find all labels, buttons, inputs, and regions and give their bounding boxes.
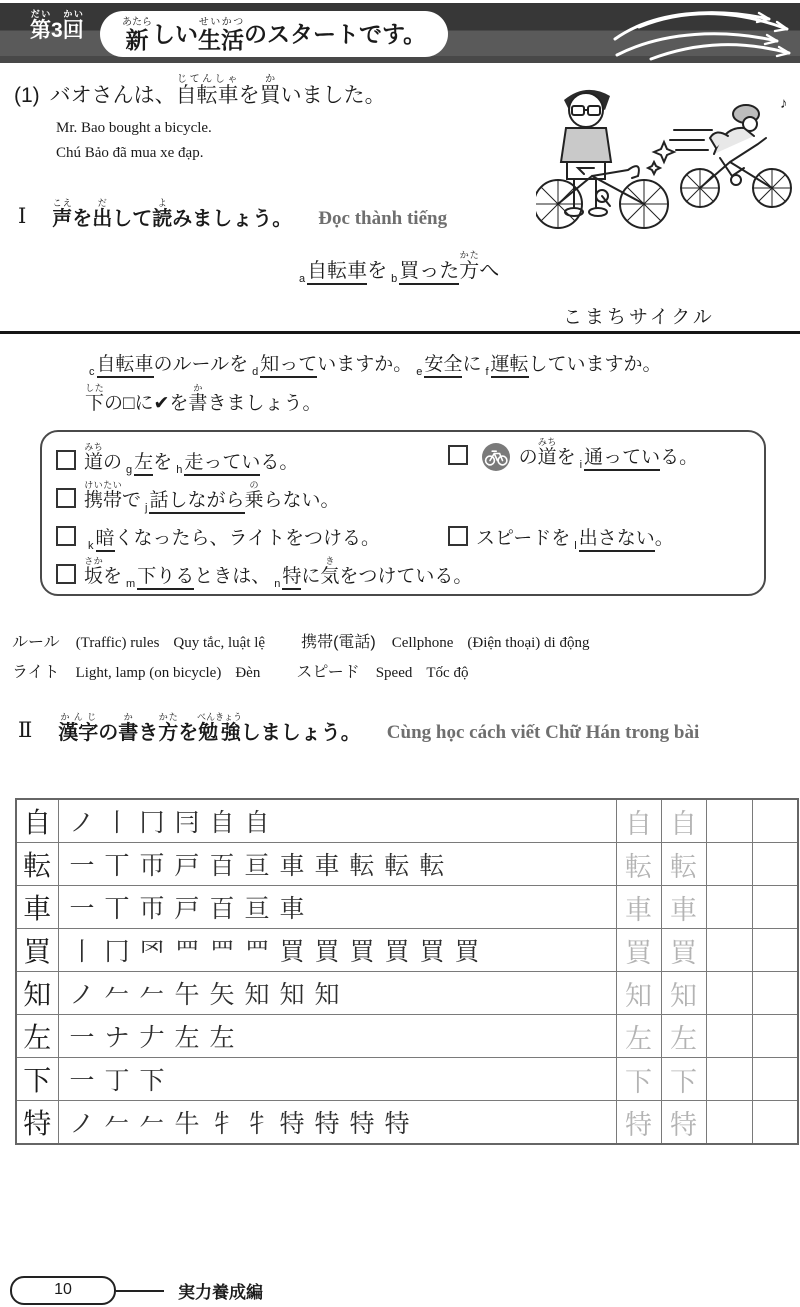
vocab-vietnamese: (Điện thoại) di động (467, 635, 589, 651)
stroke-step: 特 (345, 1104, 380, 1140)
text-segment: る。 (260, 452, 298, 473)
text-segment: 運転 (491, 354, 529, 378)
text-segment: 自転車 (307, 260, 367, 285)
text-segment: き (138, 722, 158, 744)
stroke-step: 午 (170, 975, 205, 1011)
stroke-step: 𠂇 (135, 1018, 170, 1054)
text-segment: 勉強べんきょう (198, 722, 241, 744)
checklist-item: k暗くなったら、ライトをつける。 (56, 526, 448, 552)
trace-cell: 転 (661, 843, 706, 886)
page-footer: 10 実力養成編 (10, 1276, 263, 1305)
passage-line-2: 下したの□に✔を書かきましょう。 (85, 383, 321, 413)
practice-cell (706, 886, 752, 929)
text-segment: 気き (320, 566, 339, 587)
text-segment: 漢字かんじ (58, 722, 98, 744)
text-segment: を (557, 447, 576, 468)
stroke-step: 自 (205, 803, 240, 839)
stroke-step: 買 (275, 932, 310, 968)
stroke-step: 丅 (100, 889, 135, 925)
vocab-term: スピード (296, 664, 359, 681)
stroke-step: 丨 (65, 932, 100, 968)
text-segment: 買か (260, 84, 281, 107)
segment-label: b (391, 273, 397, 285)
text-segment: 方かた (158, 722, 178, 744)
text-segment: へ (479, 260, 499, 282)
stroke-step: 亘 (240, 846, 275, 882)
practice-cell (752, 1015, 798, 1058)
text-segment: 買った (399, 260, 459, 285)
text-segment: 3 (51, 19, 63, 42)
section-heading-vietnamese: Cùng học cách viết Chữ Hán trong bài (387, 723, 699, 743)
text-segment: 。 (655, 528, 674, 549)
kanji-stroke-table: 自ノ丨冂冃自自自自転一丅帀戸百亘車車転転転転転車一丅帀戸百亘車車車買丨冂罓罒罒罒… (15, 798, 799, 1145)
vocab-row: ルール(Traffic) rulesQuy tắc, luật lệ携帯(電話)… (12, 628, 625, 658)
checklist-item: 道みちのg左をh走っている。 (56, 442, 448, 476)
stroke-step: 特 (310, 1104, 345, 1140)
section-1-heading: Ⅰ 声こえを出だして読よみましょう。 Đọc thành tiếng (18, 198, 447, 229)
checkbox (448, 445, 468, 465)
stroke-step: 知 (240, 975, 275, 1011)
segment-label: m (126, 578, 135, 590)
section-numeral: Ⅰ (18, 206, 26, 229)
text-segment: 新あたら (122, 17, 152, 52)
segment-label: e (416, 366, 422, 378)
text-segment: 第だい (30, 19, 51, 42)
trace-cell: 下 (661, 1058, 706, 1101)
text-segment: 回かい (63, 19, 84, 42)
vocabulary-list: ルール(Traffic) rulesQuy tắc, luật lệ携帯(電話)… (12, 628, 625, 688)
text-segment: バオさんは、 (50, 84, 176, 107)
text-segment: 下りる (137, 566, 194, 590)
text-segment: 暗 (96, 528, 115, 552)
text-segment: 読よ (152, 208, 172, 230)
text-segment: くなったら、ライトをつける。 (115, 528, 380, 549)
text-segment: を (72, 208, 92, 230)
vocab-english: Cellphone (392, 635, 454, 651)
kanji-row: 転一丅帀戸百亘車車転転転転転 (16, 843, 798, 886)
lesson-header-bar: 第だい3回かい 新あたらしい生活せいかつのスタートです。 (0, 3, 800, 63)
checklist-item: 坂さかをm下りるときは、n特に気きをつけている。 (56, 556, 472, 590)
stroke-step: 百 (205, 889, 240, 925)
translation-english: Mr. Bao bought a bicycle. (56, 120, 212, 137)
vocab-vietnamese: Quy tắc, luật lệ (173, 635, 265, 651)
text-segment: きましょう。 (207, 393, 321, 414)
stroke-step: 自 (240, 803, 275, 839)
stroke-step: 一 (65, 1061, 100, 1097)
text-segment: 話しながら (149, 490, 244, 514)
exercise-1-japanese: バオさんは、自転車じてんしゃを買かいました。 (50, 84, 386, 107)
text-segment: を (153, 452, 172, 473)
text-segment: を (178, 722, 198, 744)
stroke-step: 罒 (170, 932, 205, 968)
trace-cell: 車 (661, 886, 706, 929)
reading-practice-line: a自転車をb買った方かたへ (295, 250, 499, 285)
text-segment: を (103, 566, 122, 587)
stroke-step: 牛 (170, 1104, 205, 1140)
kanji-cell: 車 (16, 886, 58, 929)
footer-line (116, 1290, 164, 1292)
text-segment: スピードを (476, 528, 570, 549)
text-segment: 道みち (538, 447, 557, 468)
kanji-cell: 自 (16, 799, 58, 843)
segment-label: d (252, 366, 258, 378)
kanji-row: 自ノ丨冂冃自自自自 (16, 799, 798, 843)
stroke-step: ノ (65, 975, 100, 1011)
kanji-cell: 転 (16, 843, 58, 886)
stroke-step: 𠂉 (100, 1104, 135, 1140)
text-segment: いました。 (281, 84, 386, 107)
stroke-step: ノ (65, 1104, 100, 1140)
text-segment: のルールを (154, 354, 249, 375)
stroke-step: 帀 (135, 846, 170, 882)
stroke-step: 罒 (205, 932, 240, 968)
trace-cell: 自 (661, 799, 706, 843)
practice-cell (706, 1058, 752, 1101)
checkbox (56, 526, 76, 546)
practice-cell (706, 1015, 752, 1058)
text-segment: の□に✔を (104, 393, 188, 414)
stroke-step: 牜 (205, 1104, 240, 1140)
textbook-page: 第だい3回かい 新あたらしい生活せいかつのスタートです。 (1)バオさんは、自転… (0, 0, 800, 1307)
practice-cell (752, 799, 798, 843)
text-segment: しい (152, 23, 198, 46)
stroke-step: 一 (65, 1018, 100, 1054)
stroke-order-cell: 一丁下 (58, 1058, 616, 1101)
stroke-step: 罒 (240, 932, 275, 968)
vocab-term: 携帯(電話) (301, 634, 376, 651)
stroke-step: 戸 (170, 846, 205, 882)
vocab-term: ルール (12, 634, 60, 651)
checkbox (56, 488, 76, 508)
kanji-table-body: 自ノ丨冂冃自自自自転一丅帀戸百亘車車転転転転転車一丅帀戸百亘車車車買丨冂罓罒罒罒… (16, 799, 798, 1144)
stroke-step: 丁 (100, 1061, 135, 1097)
stroke-step: 車 (275, 846, 310, 882)
text-segment: 下した (85, 393, 104, 414)
practice-cell (706, 843, 752, 886)
stroke-step: 牜 (240, 1104, 275, 1140)
stroke-step: 𠂉 (100, 975, 135, 1011)
text-segment: 自転車 (97, 354, 154, 378)
segment-label: j (145, 502, 147, 514)
svg-text:♪: ♪ (780, 95, 788, 112)
stroke-step: 転 (345, 846, 380, 882)
text-segment: を (367, 260, 387, 282)
text-segment: 出さない (579, 528, 655, 552)
text-segment: ときは、 (194, 566, 270, 587)
stroke-step: 一 (65, 889, 100, 925)
section-heading-japanese: 声こえを出だして読よみましょう。 (52, 198, 292, 229)
kanji-cell: 買 (16, 929, 58, 972)
segment-label: a (299, 273, 305, 285)
trace-cell: 車 (616, 886, 661, 929)
checklist: 道みちのg左をh走っている。 の道みちをi通っている。携帯けいたいでj話しながら… (40, 430, 766, 596)
passage-line-1: c自転車のルールをd知っていますか。e安全にf運転していますか。 (85, 355, 662, 378)
checkbox (56, 450, 76, 470)
divider-rule (0, 331, 800, 334)
stroke-step: 転 (380, 846, 415, 882)
checklist-line: k暗くなったら、ライトをつける。スピードをl出さない。 (56, 514, 764, 552)
stroke-step: 戸 (170, 889, 205, 925)
trace-cell: 特 (661, 1101, 706, 1145)
practice-cell (706, 799, 752, 843)
stroke-step: 特 (275, 1104, 310, 1140)
lesson-title: 新あたらしい生活せいかつのスタートです。 (100, 11, 448, 57)
stroke-step: 一 (65, 846, 100, 882)
text-segment: を (239, 84, 260, 107)
segment-label: k (88, 540, 94, 552)
exercise-1-sentence: (1)バオさんは、自転車じてんしゃを買かいました。 (14, 74, 386, 106)
practice-cell (706, 972, 752, 1015)
footer-label: 実力養成編 (178, 1278, 263, 1303)
translation-vietnamese: Chú Bảo đã mua xe đạp. (56, 145, 203, 162)
stroke-step: 転 (415, 846, 450, 882)
stroke-step: ナ (100, 1018, 135, 1054)
practice-cell (752, 843, 798, 886)
stroke-order-cell: ノ𠂉𠂉午矢知知知 (58, 972, 616, 1015)
text-segment: 携帯けいたい (84, 490, 122, 511)
text-segment: していますか。 (529, 354, 662, 375)
kanji-cell: 特 (16, 1101, 58, 1145)
text-segment: の (103, 452, 122, 473)
text-segment: 安全 (424, 354, 462, 378)
stroke-step: 帀 (135, 889, 170, 925)
checklist-line: 坂さかをm下りるときは、n特に気きをつけている。 (56, 552, 764, 590)
text-segment: に (462, 354, 481, 375)
text-segment: 坂さか (84, 566, 103, 587)
stroke-step: 冂 (135, 803, 170, 839)
stroke-order-cell: 一丅帀戸百亘車車転転転 (58, 843, 616, 886)
kanji-cell: 下 (16, 1058, 58, 1101)
stroke-step: 丅 (100, 846, 135, 882)
segment-label: n (274, 578, 280, 590)
segment-label: f (485, 366, 488, 378)
kanji-row: 車一丅帀戸百亘車車車 (16, 886, 798, 929)
stroke-step: 買 (345, 932, 380, 968)
trace-cell: 下 (616, 1058, 661, 1101)
stroke-step: 冃 (170, 803, 205, 839)
vocab-vietnamese: Tốc độ (426, 665, 468, 681)
practice-cell (752, 929, 798, 972)
stroke-step: 丨 (100, 803, 135, 839)
text-segment: みましょう。 (172, 208, 292, 230)
text-segment: して (112, 208, 152, 230)
stroke-step: 罓 (135, 932, 170, 968)
text-segment: 自転車じてんしゃ (176, 84, 239, 107)
stroke-step: 亘 (240, 889, 275, 925)
text-segment: で (122, 490, 141, 511)
stroke-step: 特 (380, 1104, 415, 1140)
text-segment: 通ってい (584, 447, 660, 471)
text-segment: 知って (260, 354, 317, 378)
text-segment: 声こえ (52, 208, 72, 230)
text-segment: 左 (134, 452, 153, 476)
stroke-step: 買 (310, 932, 345, 968)
checklist-item: スピードをl出さない。 (448, 526, 674, 552)
lesson-number: 第だい3回かい (30, 9, 84, 41)
trace-cell: 買 (661, 929, 706, 972)
trace-cell: 知 (661, 972, 706, 1015)
segment-label: h (176, 464, 182, 476)
trace-cell: 左 (661, 1015, 706, 1058)
checkbox (448, 526, 468, 546)
section-2-heading: Ⅱ 漢字かんじの書かき方かたを勉強べんきょうしましょう。 Cùng học cá… (18, 712, 699, 743)
checklist-line: 携帯けいたいでj話しながら乗のらない。 (56, 476, 764, 514)
segment-label: g (126, 464, 132, 476)
text-segment: 方かた (459, 260, 479, 282)
stroke-step: 買 (380, 932, 415, 968)
checklist-line: 道みちのg左をh走っている。 の道みちをi通っている。 (56, 438, 764, 476)
text-segment: 書か (118, 722, 138, 744)
segment-label: i (580, 459, 582, 471)
text-segment: しましょう。 (241, 722, 361, 744)
text-segment: 走ってい (184, 452, 260, 476)
trace-cell: 自 (616, 799, 661, 843)
text-segment: 特 (282, 566, 301, 590)
swoosh-arrows-icon (609, 5, 794, 63)
practice-cell (706, 929, 752, 972)
practice-cell (752, 886, 798, 929)
text-segment: 乗の (245, 490, 264, 511)
vocab-vietnamese: Đèn (235, 665, 260, 681)
text-segment: に (301, 566, 320, 587)
checkbox (56, 564, 76, 584)
stroke-step: 百 (205, 846, 240, 882)
trace-cell: 左 (616, 1015, 661, 1058)
trace-cell: 買 (616, 929, 661, 972)
bicycle-illustration: ♪ (536, 78, 794, 240)
stroke-order-cell: 丨冂罓罒罒罒買買買買買買 (58, 929, 616, 972)
stroke-order-cell: 一ナ𠂇左左 (58, 1015, 616, 1058)
segment-label: l (574, 540, 576, 552)
vocab-row: ライトLight, lamp (on bicycle)ĐènスピードSpeedT… (12, 658, 625, 688)
kanji-row: 知ノ𠂉𠂉午矢知知知知知 (16, 972, 798, 1015)
vocab-term: ライト (12, 664, 60, 681)
stroke-step: 𠂉 (135, 1104, 170, 1140)
text-segment: 道みち (84, 452, 103, 473)
text-segment: をつけている。 (339, 566, 472, 587)
kanji-row: 下一丁下下下 (16, 1058, 798, 1101)
stroke-step: ノ (65, 803, 100, 839)
stroke-order-cell: 一丅帀戸百亘車 (58, 886, 616, 929)
practice-cell (752, 1101, 798, 1145)
stroke-step: 買 (415, 932, 450, 968)
stroke-order-cell: ノ丨冂冃自自 (58, 799, 616, 843)
text-segment: 出だ (92, 208, 112, 230)
text-segment: 書か (188, 393, 207, 414)
text-segment: らない。 (264, 490, 340, 511)
bicycle-sign-icon (481, 442, 511, 476)
stroke-step: 車 (275, 889, 310, 925)
page-number: 10 (10, 1276, 116, 1305)
stroke-step: 矢 (205, 975, 240, 1011)
text-segment: 生活せいかつ (198, 17, 244, 52)
kanji-cell: 知 (16, 972, 58, 1015)
stroke-step: 左 (170, 1018, 205, 1054)
practice-cell (752, 1058, 798, 1101)
kanji-row: 特ノ𠂉𠂉牛牜牜特特特特特特 (16, 1101, 798, 1145)
trace-cell: 転 (616, 843, 661, 886)
stroke-step: 知 (275, 975, 310, 1011)
stroke-step: 𠂉 (135, 975, 170, 1011)
stroke-order-cell: ノ𠂉𠂉牛牜牜特特特特 (58, 1101, 616, 1145)
text-segment: る。 (660, 447, 698, 468)
kanji-row: 左一ナ𠂇左左左左 (16, 1015, 798, 1058)
section-heading-japanese: 漢字かんじの書かき方かたを勉強べんきょうしましょう。 (58, 712, 361, 743)
trace-cell: 知 (616, 972, 661, 1015)
checklist-item: の道みちをi通っている。 (448, 437, 698, 476)
trace-cell: 特 (616, 1101, 661, 1145)
stroke-step: 下 (135, 1061, 170, 1097)
stroke-step: 車 (310, 846, 345, 882)
checklist-item: 携帯けいたいでj話しながら乗のらない。 (56, 480, 340, 514)
kanji-cell: 左 (16, 1015, 58, 1058)
practice-cell (706, 1101, 752, 1145)
section-heading-vietnamese: Đọc thành tiếng (318, 209, 447, 229)
stroke-step: 左 (205, 1018, 240, 1054)
exercise-number: (1) (14, 84, 40, 107)
shop-name: こまちサイクル (563, 302, 715, 329)
text-segment: いますか。 (317, 354, 412, 375)
kanji-row: 買丨冂罓罒罒罒買買買買買買買買 (16, 929, 798, 972)
stroke-step: 知 (310, 975, 345, 1011)
vocab-english: Light, lamp (on bicycle) (76, 665, 222, 681)
vocab-english: Speed (376, 665, 413, 681)
practice-cell (752, 972, 798, 1015)
section-numeral: Ⅱ (18, 720, 32, 743)
text-segment: のスタートです。 (244, 23, 426, 46)
segment-label: c (89, 366, 95, 378)
text-segment: の (519, 447, 538, 468)
stroke-step: 冂 (100, 932, 135, 968)
stroke-step: 買 (450, 932, 485, 968)
vocab-english: (Traffic) rules (76, 635, 160, 651)
text-segment: の (98, 722, 118, 744)
